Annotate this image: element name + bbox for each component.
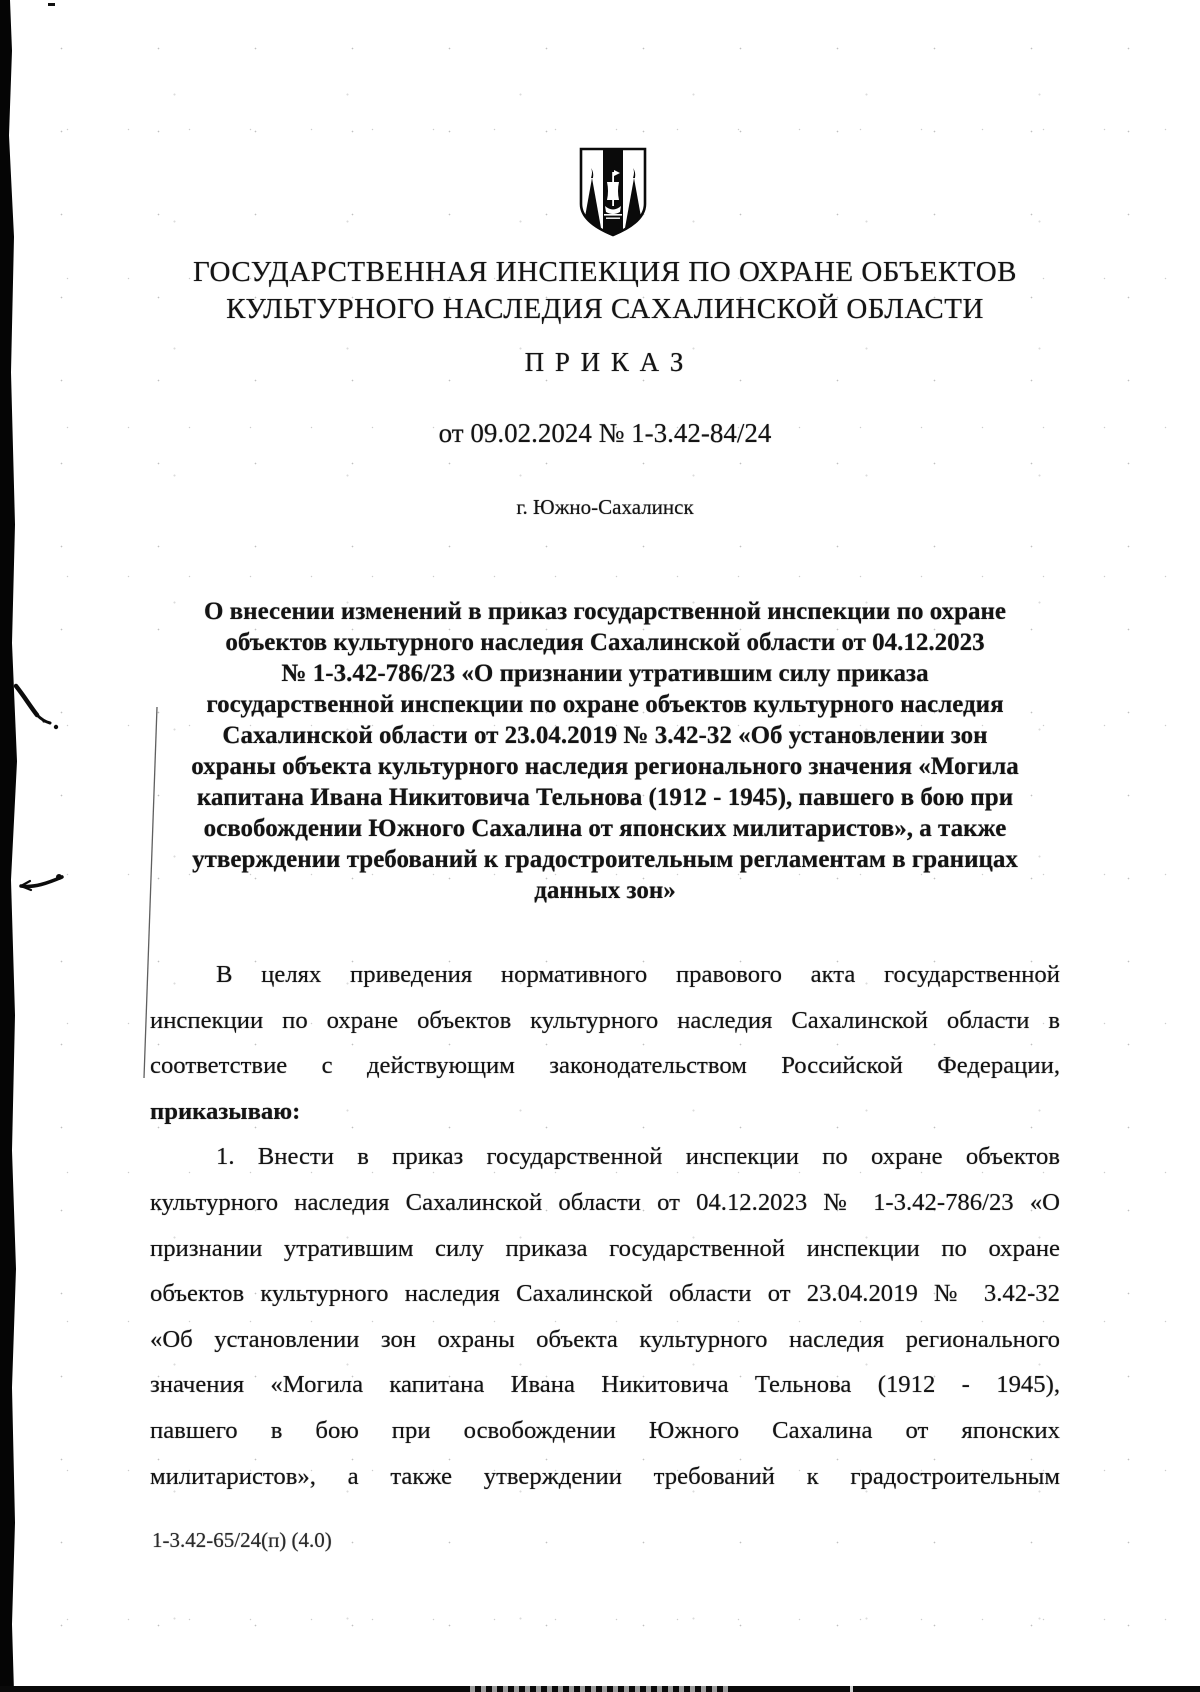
scan-bottom-gap [850, 1686, 853, 1692]
subject-line: охраны объекта культурного наследия реги… [150, 751, 1060, 782]
subject-line: государственной инспекции по охране объе… [150, 689, 1060, 720]
subject-line: объектов культурного наследия Сахалинско… [150, 627, 1060, 658]
subject-line: № 1-3.42-786/23 «О признании утратившим … [150, 658, 1060, 689]
scan-bottom-edge-band [0, 1686, 1200, 1692]
body-line: объектов культурного наследия Сахалинско… [150, 1271, 1060, 1317]
document-page: ГОСУДАРСТВЕННАЯ ИНСПЕКЦИЯ ПО ОХРАНЕ ОБЪЕ… [0, 0, 1200, 1692]
subject-line: данных зон» [150, 875, 1060, 906]
body-line: культурного наследия Сахалинской области… [150, 1180, 1060, 1226]
body-line-prikazyvayu: приказываю: [150, 1089, 1060, 1135]
subject-line: О внесении изменений в приказ государств… [150, 596, 1060, 627]
scan-left-edge-band [0, 0, 20, 1692]
subject-line: Сахалинской области от 23.04.2019 № 3.42… [150, 720, 1060, 751]
city-line: г. Южно-Сахалинск [150, 495, 1060, 520]
handwritten-ink-mark [16, 686, 58, 729]
body-line: значения «Могила капитана Ивана Никитови… [150, 1362, 1060, 1408]
org-name-line1: ГОСУДАРСТВЕННАЯ ИНСПЕКЦИЯ ПО ОХРАНЕ ОБЪЕ… [150, 254, 1060, 291]
scan-speck [48, 3, 55, 6]
subject-heading: О внесении изменений в приказ государств… [150, 596, 1060, 906]
footer-document-code: 1-3.42-65/24(п) (4.0) [152, 1528, 332, 1553]
subject-line: утверждении требований к градостроительн… [150, 844, 1060, 875]
org-name: ГОСУДАРСТВЕННАЯ ИНСПЕКЦИЯ ПО ОХРАНЕ ОБЪЕ… [150, 254, 1060, 328]
subject-line: капитана Ивана Никитовича Тельнова (1912… [150, 782, 1060, 813]
body-line: 1. Внести в приказ государственной инспе… [150, 1134, 1060, 1180]
body-line: соответствие с действующим законодательс… [150, 1043, 1060, 1089]
body-line: признании утратившим силу приказа госуда… [150, 1226, 1060, 1272]
doc-type-title: П Р И К А З [150, 347, 1060, 378]
date-number-line: от 09.02.2024 № 1-3.42-84/24 [150, 418, 1060, 449]
order-body: В целях приведения нормативного правовог… [150, 952, 1060, 1499]
body-line: милитаристов», а также утверждении требо… [150, 1454, 1060, 1500]
subject-line: освобождении Южного Сахалина от японских… [150, 813, 1060, 844]
handwritten-ink-arrow [21, 874, 62, 890]
sakhalin-coat-of-arms-icon [577, 146, 649, 238]
body-line: «Об установлении зон охраны объекта куль… [150, 1317, 1060, 1363]
body-line: В целях приведения нормативного правовог… [150, 952, 1060, 998]
body-line: инспекции по охране объектов культурного… [150, 998, 1060, 1044]
scan-bottom-dashes [470, 1686, 730, 1692]
org-name-line2: КУЛЬТУРНОГО НАСЛЕДИЯ САХАЛИНСКОЙ ОБЛАСТИ [150, 291, 1060, 328]
body-line: павшего в бою при освобождении Южного Са… [150, 1408, 1060, 1454]
